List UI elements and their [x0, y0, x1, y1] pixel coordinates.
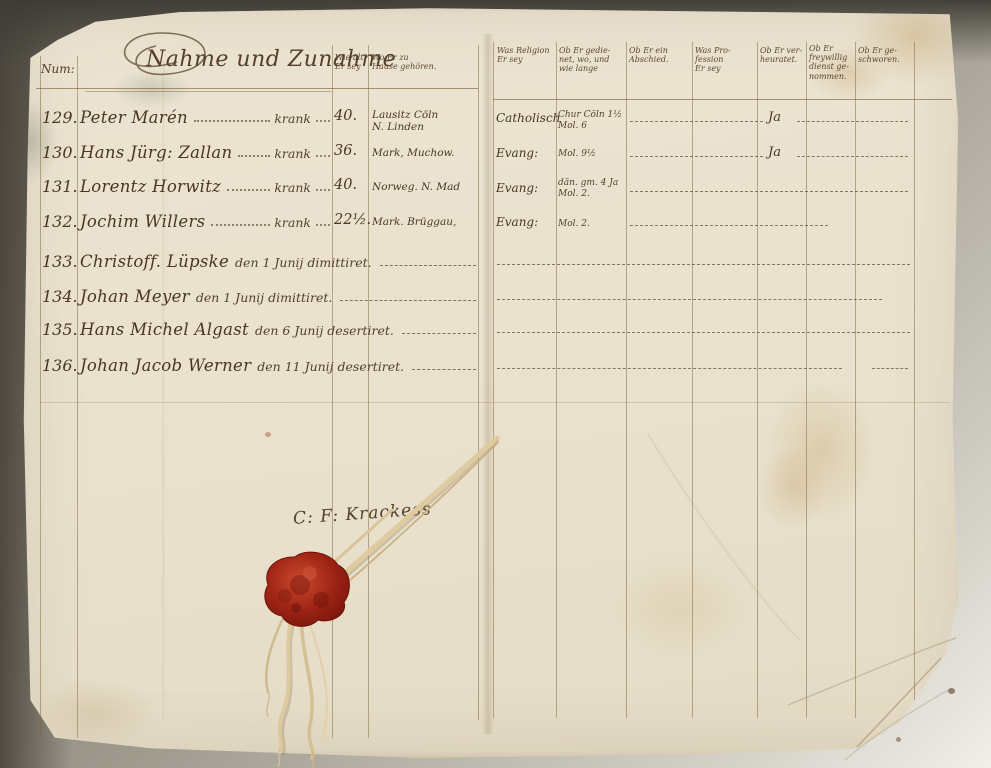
soldier-name: Johan Meyer [80, 287, 190, 306]
header-rule-left [36, 88, 478, 89]
religion-cell: Evang: [496, 216, 556, 229]
ink-speck [896, 737, 901, 742]
column-divider [332, 45, 333, 738]
dash-leader [497, 368, 842, 369]
religion-cell: Evang: [496, 147, 556, 160]
dash-leader [630, 225, 828, 226]
soldier-name: Hans Michel Algast [80, 320, 249, 339]
column-header-num: Num: [41, 62, 75, 76]
title-underline [85, 91, 331, 92]
dot-leader [316, 120, 330, 122]
service-cell: Mol. 2. [558, 219, 626, 230]
home-cell: Norweg. N. Mad [372, 182, 478, 194]
row-number: 132. [42, 212, 80, 231]
dash-leader [340, 300, 476, 301]
row-note: krank [274, 111, 311, 126]
column-header-sworn: Ob Er ge- schworen. [858, 46, 918, 64]
row-number: 136. [42, 356, 80, 375]
row-note: krank [274, 180, 311, 195]
married-cell: Ja [768, 146, 781, 160]
age-cell: 36. [334, 144, 370, 160]
dash-leader [380, 265, 476, 266]
row-note: krank [274, 146, 311, 161]
column-divider [626, 42, 627, 718]
dot-leader [316, 155, 330, 157]
dot-leader [316, 189, 330, 191]
religion-cell: Evang: [496, 182, 556, 195]
column-divider [556, 42, 557, 718]
soldier-name: Johan Jacob Werner [80, 356, 251, 375]
dash-leader [497, 299, 882, 300]
soldier-name: Peter Marén [80, 108, 188, 127]
service-cell: dän. gm. 4 Ja Mol. 2. [558, 178, 626, 200]
row-number: 131. [42, 177, 80, 196]
row-number: 130. [42, 143, 80, 162]
table-row: 136. Johan Jacob Werner den 11 Junij des… [42, 356, 478, 375]
ink-speck [948, 688, 955, 694]
table-row: 129. Peter Marén krank [42, 108, 330, 127]
column-header-voluntary: Ob Er freywillig dienst ge- nommen. [809, 44, 853, 81]
age-cell: 40. [334, 178, 370, 194]
table-row: 135. Hans Michel Algast den 6 Junij dese… [42, 320, 478, 339]
column-divider [855, 42, 856, 718]
service-cell: Mol. 9½ [558, 149, 626, 160]
dash-leader [630, 156, 763, 157]
dash-leader [497, 264, 910, 265]
column-header-age: Wie alt Er sey [335, 53, 369, 71]
column-header-home: Wo Er zu Hause gehören. [372, 53, 472, 71]
column-header-service: Ob Er gedie- net, wo, und wie lange [559, 46, 623, 74]
column-header-married: Ob Er ver- heuratet. [760, 46, 804, 64]
column-header-religion: Was Religion Er sey [497, 46, 553, 64]
dash-leader [797, 121, 908, 122]
married-cell: Ja [768, 111, 781, 125]
column-divider [493, 42, 494, 718]
row-number: 134. [42, 287, 80, 306]
soldier-name: Christoff. Lüpske [80, 252, 229, 271]
soldier-name: Hans Jürg: Zallan [80, 143, 232, 162]
dash-leader [872, 368, 908, 369]
age-cell: 22½. [334, 213, 370, 229]
column-divider [478, 45, 479, 720]
row-number: 135. [42, 320, 80, 339]
column-header-discharge: Ob Er ein Abschied. [629, 46, 689, 64]
row-note: den 6 Junij desertiret. [255, 323, 394, 338]
row-number: 129. [42, 108, 80, 127]
row-note: den 1 Junij dimittiret. [235, 255, 372, 270]
manuscript-scan: Num: Nahme und Zunahme Wie alt Er sey Wo… [0, 0, 991, 768]
home-cell: Lausitz Cöln N. Linden [372, 110, 478, 133]
service-cell: Chur Cöln 1½ Mol. 6 [558, 110, 626, 132]
row-number: 133. [42, 252, 80, 271]
dash-leader [630, 121, 763, 122]
soldier-name: Jochim Willers [80, 212, 205, 231]
column-divider [692, 42, 693, 718]
dash-leader [412, 369, 476, 370]
home-cell: Mark, Muchow. [372, 148, 478, 160]
dash-leader [797, 156, 908, 157]
header-rule-right [493, 99, 952, 100]
row-note: den 1 Junij dimittiret. [196, 290, 333, 305]
dot-leader [211, 224, 270, 226]
column-divider [914, 42, 915, 700]
table-row: 132. Jochim Willers krank [42, 212, 330, 231]
soldier-name: Lorentz Horwitz [80, 177, 221, 196]
home-cell: Mark. Brüggau, [372, 217, 478, 229]
dot-leader [238, 155, 270, 157]
dash-leader [630, 191, 908, 192]
row-note: krank [274, 215, 311, 230]
table-row: 130. Hans Jürg: Zallan krank [42, 143, 330, 162]
table-row: 131. Lorentz Horwitz krank [42, 177, 330, 196]
table-row: 134. Johan Meyer den 1 Junij dimittiret. [42, 287, 478, 306]
column-divider [40, 56, 41, 738]
dot-leader [316, 224, 330, 226]
section-rule [40, 402, 950, 403]
ink-speck [265, 432, 271, 437]
religion-cell: Catholisch [496, 112, 556, 125]
column-divider [806, 42, 807, 718]
table-row: 133. Christoff. Lüpske den 1 Junij dimit… [42, 252, 478, 271]
age-cell: 40. [334, 109, 370, 125]
column-header-profession: Was Pro- fession Er sey [695, 46, 753, 74]
dash-leader [402, 333, 476, 334]
column-divider [757, 42, 758, 718]
dot-leader [227, 189, 270, 191]
dash-leader [497, 332, 910, 333]
row-note: den 11 Junij desertiret. [257, 359, 404, 374]
dot-leader [194, 120, 270, 122]
